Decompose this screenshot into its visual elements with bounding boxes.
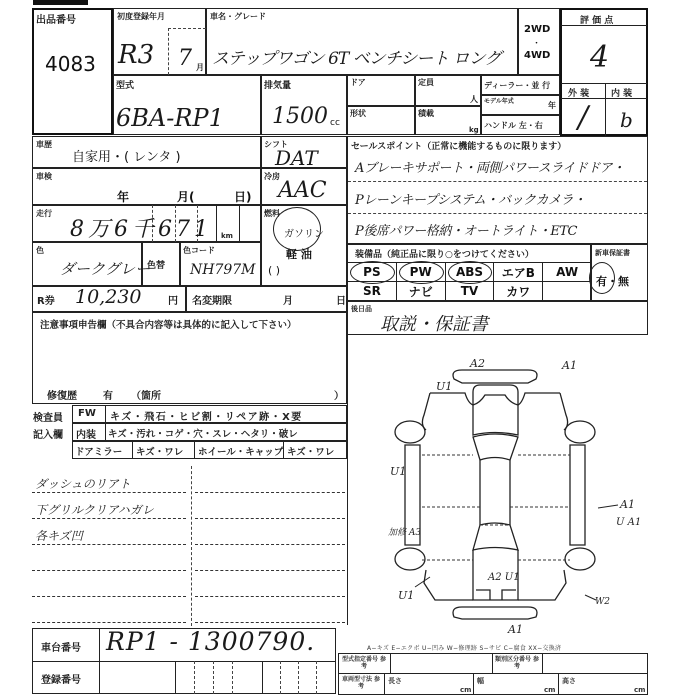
sales-points-label: セールスポイント（正常に機能するものに限ります） xyxy=(351,139,566,152)
note-line xyxy=(195,570,345,571)
door-label: ドア xyxy=(350,77,366,88)
width-cm: cm xyxy=(544,686,555,694)
mark-rear-center: A2 U1 xyxy=(487,572,520,583)
mileage-sep5 xyxy=(239,205,240,242)
reg-cell-sep xyxy=(175,661,176,694)
sales-point-2: Pレーンキープシステム・バックカメラ・ xyxy=(355,189,586,208)
reg-cell-sep xyxy=(316,661,317,694)
car-name-value: ステップワゴン 6T ベンチシート ロング xyxy=(212,44,500,69)
color-value: ダークグレー xyxy=(60,258,150,279)
height-label: 高さ xyxy=(562,676,576,686)
note-line xyxy=(195,544,345,545)
width-label: 幅 xyxy=(477,676,484,686)
interior-row-label: 内装 xyxy=(76,426,96,441)
class-label: 類別区分番号 参考 xyxy=(494,656,540,670)
mark-left-side: U1 xyxy=(390,465,406,478)
mileage-sep4 xyxy=(216,205,217,242)
score-divider-v xyxy=(605,83,606,136)
mark-left-rear: 加修 A3 xyxy=(388,527,421,538)
note-line xyxy=(195,596,345,597)
fw-sep xyxy=(105,405,106,423)
color-code-value: NH797M xyxy=(190,262,256,278)
inspection-day: 日) xyxy=(234,188,252,205)
repair-label: 修復歴 xyxy=(47,387,77,402)
fuel-paren: ( ) xyxy=(268,264,280,277)
first-reg-divider xyxy=(168,28,169,75)
bf-sep6 xyxy=(558,673,559,695)
fuel-alt: 軽 油 xyxy=(286,246,312,262)
length-cm: cm xyxy=(460,686,471,694)
chassis-value: RP1 - 1300790. xyxy=(106,627,315,656)
equipment-label: 装備品（純正品に限り○をつけてください） xyxy=(355,247,534,260)
usage-label: 車歴 xyxy=(36,139,52,150)
reg-cell-sep xyxy=(194,661,195,694)
repair-value: 有 xyxy=(103,387,113,402)
color-change-label: 色替 xyxy=(147,258,165,271)
lot-label: 出品番号 xyxy=(36,11,76,26)
name-change-month: 月 xyxy=(283,292,293,307)
notes-label: 注意事項申告欄（不具合内容等は具体的に記入して下さい） xyxy=(40,317,297,331)
mirror-sep1 xyxy=(132,441,133,459)
repair-location: （箇所 xyxy=(131,387,161,402)
shift-value: DAT xyxy=(275,146,318,170)
mileage-label: 走行 xyxy=(36,208,52,219)
score-value: 4 xyxy=(590,40,609,75)
inspection-year: 年 xyxy=(117,188,129,205)
inspection-box xyxy=(32,168,261,205)
load-label: 積載 xyxy=(418,108,434,119)
mark-rear-left: U1 xyxy=(398,589,414,602)
type-cert-label: 型式指定番号 参考 xyxy=(340,656,388,670)
model-value: 6BA-RP1 xyxy=(116,104,224,132)
wheel-label: ホイール・キャップ xyxy=(198,444,283,458)
reg-cell-sep xyxy=(232,661,233,694)
note-line xyxy=(32,570,186,571)
mirror-label: ドアミラー xyxy=(75,444,122,458)
drive-dot: ・ xyxy=(532,36,541,49)
handwritten-note-2: 下グリルクリアハガレ xyxy=(35,501,154,518)
bf-sep2 xyxy=(492,653,493,673)
interior-value: b xyxy=(620,108,633,132)
dims-label: 車両型寸法 参考 xyxy=(340,676,382,690)
bf-sep4 xyxy=(384,673,385,695)
drive-4wd: 4WD xyxy=(524,50,550,61)
mark-front-left: A2 xyxy=(469,357,485,370)
handwritten-note-3: 各キズ凹 xyxy=(35,527,83,544)
wheel-items: キズ・ワレ xyxy=(287,444,334,458)
fw-items: キズ・飛石・ヒビ割・リペア跡・X要 xyxy=(110,408,303,423)
first-reg-year: R3 xyxy=(118,40,154,70)
mileage-unit: km xyxy=(221,232,233,240)
later-items-value: 取説・保証書 xyxy=(380,310,488,336)
model-year-label: モデル年式 xyxy=(484,98,514,105)
usage-value: 自家用・( レンタ ) xyxy=(72,146,181,165)
diagram-legend: A−キズ E−エクボ U−凹み W−修理跡 S−サビ C−腐食 XX−交換済 xyxy=(367,643,561,652)
equipment-ナビ: ナビ xyxy=(396,281,446,301)
inspector-label-2: 記入欄 xyxy=(33,426,63,441)
name-change-day: 日 xyxy=(336,292,346,307)
name-change-label: 名変期限 xyxy=(192,292,232,307)
mark-rear-bumper: A1 xyxy=(507,623,523,635)
reg-cell-sep xyxy=(213,661,214,694)
car-damage-diagram: A2 A1 U1 U1 加修 A3 U1 A2 U1 A1 A1 U A1 W2 xyxy=(380,355,650,635)
header-strip xyxy=(33,0,88,5)
reg-cell-sep xyxy=(280,661,281,694)
chassis-divider xyxy=(32,661,336,662)
fw-label: FW xyxy=(78,408,96,419)
equipment-SR: SR xyxy=(347,281,397,301)
score-divider2 xyxy=(561,83,647,84)
bf-sep5 xyxy=(473,673,474,695)
interior-sep xyxy=(105,423,106,441)
score-label: 評 価 点 xyxy=(580,13,613,26)
height-cm: cm xyxy=(634,686,645,694)
mark-right-side-2: U A1 xyxy=(616,517,641,528)
displacement-unit: cc xyxy=(330,118,340,128)
notes-divider xyxy=(191,466,192,626)
handwritten-note-1: ダッシュのリアト xyxy=(35,475,131,492)
mark-front-fender-left: U1 xyxy=(436,380,452,393)
first-reg-label: 初度登録年月 xyxy=(117,11,165,22)
equipment-TV: TV xyxy=(445,281,495,301)
ac-value: AAC xyxy=(278,178,327,203)
inspection-label: 車検 xyxy=(36,171,52,182)
recycle-value: 10,230 xyxy=(75,286,141,308)
exterior-value: / xyxy=(578,100,588,135)
sales-line-2 xyxy=(348,213,647,214)
capacity-unit: 人 xyxy=(470,94,478,105)
note-line xyxy=(195,622,345,623)
repair-close: ） xyxy=(334,387,344,402)
car-name-label: 車名・グレード xyxy=(210,11,266,22)
equipment-エアB: エアB xyxy=(493,262,543,282)
color-code-label: 色コード xyxy=(183,245,215,256)
mark-right-side-1: A1 xyxy=(619,498,635,511)
displacement-value: 1500 xyxy=(272,104,328,129)
interior-items: キズ・汚れ・コゲ・穴・スレ・ヘタリ・破レ xyxy=(108,426,298,440)
warranty-value: 有・無 xyxy=(596,273,629,289)
inspector-label-1: 検査員 xyxy=(33,409,63,424)
reg-label: 登録番号 xyxy=(41,671,81,686)
warranty-label: 新車保証書 xyxy=(595,248,630,258)
note-line xyxy=(32,492,186,493)
chassis-label-sep xyxy=(99,628,100,694)
interior-label: 内 装 xyxy=(611,86,632,99)
mirror-sep2 xyxy=(194,441,195,459)
mark-rear-right: W2 xyxy=(595,597,610,607)
recycle-unit: 円 xyxy=(168,292,178,307)
drive-2wd: 2WD xyxy=(524,24,550,35)
note-line xyxy=(32,544,186,545)
shape-label: 形状 xyxy=(350,108,366,119)
first-reg-divider-h xyxy=(168,28,206,29)
capacity-label: 定員 xyxy=(418,77,434,88)
mirror-items: キズ・ワレ xyxy=(136,444,183,458)
month-unit: 月 xyxy=(196,62,204,73)
recycle-label: R券 xyxy=(37,292,55,307)
fuel-value: ガソリン xyxy=(284,225,324,240)
mileage-value: 8万6千671 xyxy=(70,212,212,243)
sales-point-3: P後席パワー格納・オートライト・ETC xyxy=(355,220,577,239)
note-line xyxy=(32,596,186,597)
bf-sep3 xyxy=(542,653,543,673)
equipment-AW: AW xyxy=(542,262,592,282)
mark-front-right: A1 xyxy=(561,359,577,372)
lot-number: 4083 xyxy=(45,52,96,76)
note-line xyxy=(195,492,345,493)
equipment-blank xyxy=(542,281,592,301)
later-items-label: 後日品 xyxy=(351,304,372,314)
diagram-area-border xyxy=(347,335,348,625)
displacement-label: 排気量 xyxy=(264,78,291,91)
handle-label: ハンドル 左・右 xyxy=(484,120,543,131)
model-year-unit: 年 xyxy=(548,100,556,111)
dealer-label: ディーラー・並 行 xyxy=(484,80,550,91)
note-line xyxy=(32,622,186,623)
length-label: 長さ xyxy=(388,676,402,686)
bf-sep1 xyxy=(390,653,391,673)
note-line xyxy=(195,518,345,519)
model-label: 型式 xyxy=(116,78,134,91)
chassis-label: 車台番号 xyxy=(41,639,81,654)
equipment-カワ: カワ xyxy=(493,281,543,301)
color-label: 色 xyxy=(36,245,44,256)
reg-cell-sep xyxy=(298,661,299,694)
note-line xyxy=(32,518,186,519)
exterior-label: 外 装 xyxy=(568,86,589,99)
first-reg-month: 7 xyxy=(178,46,192,71)
load-unit: kg xyxy=(469,126,479,134)
inspection-month: 月( xyxy=(177,188,195,205)
sales-line-1 xyxy=(348,181,647,182)
sales-point-1: Aブレーキサポート・両側パワースライドドア・ xyxy=(355,157,624,176)
reg-cell-sep xyxy=(262,661,263,694)
